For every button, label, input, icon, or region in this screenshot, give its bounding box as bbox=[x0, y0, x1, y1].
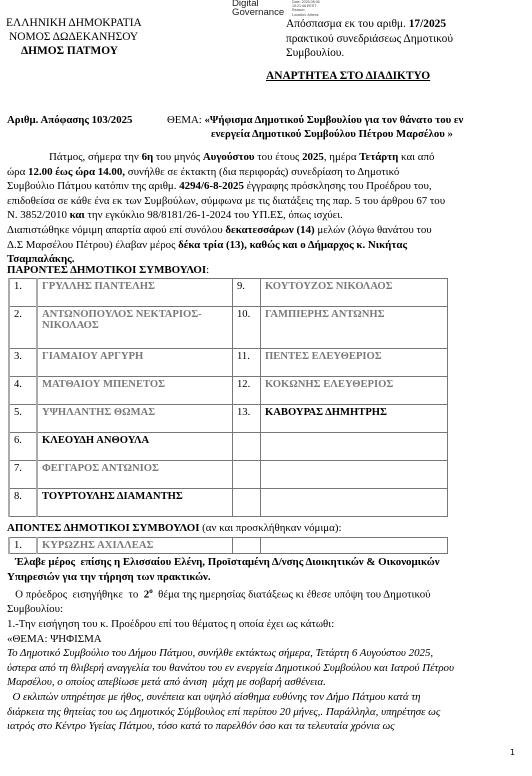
body-text: Έλαβε μέρος επίσης η Ελισσαίου Ελένη, Πρ… bbox=[7, 555, 507, 734]
councillor-name: ΚΟΥΤΟΥΖΟΣ ΝΙΚΟΛΑΟΣ bbox=[261, 279, 448, 307]
text: συνήλθε σε έκτακτη (δια περιφοράς) συνεδ… bbox=[125, 166, 399, 178]
present-title: ΠΑΡΟΝΤΕΣ ΔΗΜΟΤΙΚΟΙ ΣΥΜΒΟΥΛΟΙ: bbox=[7, 263, 507, 278]
row-number: 11. bbox=[233, 349, 261, 377]
table-row: 6.ΚΛΕΟΥΔΗ ΑΝΘΟΥΛΑ bbox=[9, 433, 448, 461]
row-number: 1. bbox=[9, 279, 37, 307]
present-councillors-table: 1.ΓΡΥΛΛΗΣ ΠΑΝΤΕΛΗΣ9.ΚΟΥΤΟΥΖΟΣ ΝΙΚΟΛΑΟΣ2.… bbox=[8, 278, 448, 517]
participation-line2: Υπηρεσιών για την τήρηση των πρακτικών. bbox=[7, 570, 507, 585]
row-number: 5. bbox=[9, 405, 37, 433]
text: Πάτμος, σήμερα την bbox=[49, 151, 142, 163]
row-number bbox=[233, 461, 261, 489]
text: Ν. 3852/2010 bbox=[7, 209, 70, 221]
minutes-number: 17/2025 bbox=[409, 18, 446, 30]
absent-note: (αν και προσκλήθηκαν νόμιμα): bbox=[199, 522, 341, 534]
row-number: 6. bbox=[9, 433, 37, 461]
intro-paragraph: Πάτμος, σήμερα την 6η του μηνός Αυγούστο… bbox=[7, 150, 507, 267]
councillor-name bbox=[261, 489, 448, 517]
text: ώρα bbox=[7, 166, 28, 178]
republic-label: ΕΛΛΗΝΙΚΗ ΔΗΜΟΚΡΑΤΙΑ bbox=[6, 16, 142, 30]
table-row: 8.ΤΟΥΡΤΟΥΛΗΣ ΔΙΑΜΑΝΤΗΣ bbox=[9, 489, 448, 517]
text: Διαπιστώθηκε νόμιμη απαρτία αφού επί συν… bbox=[7, 224, 225, 236]
councillor-name bbox=[261, 538, 448, 554]
text: του έτους bbox=[255, 151, 302, 163]
councillor-name bbox=[261, 461, 448, 489]
councillor-name: ΥΨΗΛΑΝΤΗΣ ΘΩΜΑΣ bbox=[37, 405, 233, 433]
month: Αυγούστου bbox=[203, 151, 255, 163]
row-number bbox=[233, 489, 261, 517]
resolution-line: Ο εκλιπών υπηρέτησε με ήθος, συνέπεια κα… bbox=[7, 690, 507, 705]
absent-councillors-table: 1.ΚΥΡΩΖΗΣ ΑΧΙΛΛΕΑΣ bbox=[8, 537, 448, 554]
councillor-name bbox=[261, 433, 448, 461]
issuer-header: ΕΛΛΗΝΙΚΗ ΔΗΜΟΚΡΑΤΙΑ ΝΟΜΟΣ ΔΩΔΕΚΑΝΗΣΟΥ ΔΗ… bbox=[6, 16, 142, 58]
resolution-text: Το Δημοτικό Συμβούλιο του Δήμου Πάτμου, … bbox=[7, 646, 507, 734]
time-range: 12.00 έως ώρα 14.00, bbox=[28, 166, 125, 178]
colon: : bbox=[206, 264, 209, 276]
text: θέμα της ημερησίας διατάξεως κι έθεσε υπ… bbox=[153, 589, 431, 601]
text: την εγκύκλιο 98/8181/26-1-2024 του ΥΠ.ΕΣ… bbox=[85, 209, 343, 221]
row-number: 2. bbox=[9, 307, 37, 349]
councillor-name: ΜΑΤΘΑΙΟΥ ΜΠΕΝΕΤΟΣ bbox=[37, 377, 233, 405]
item-1: 1.-Την εισήγηση του κ. Προέδρου επί του … bbox=[7, 617, 507, 632]
theme-title-line2: ενεργεία Δημοτικού Συμβούλου Πέτρου Μαρσ… bbox=[211, 127, 453, 141]
resolution-line: Μαρσέλου, ο οποίος απεβίωσε μετά από άνι… bbox=[7, 675, 507, 690]
councillor-name: ΓΑΜΠΙΕΡΗΣ ΑΝΤΩΝΗΣ bbox=[261, 307, 448, 349]
row-number: 3. bbox=[9, 349, 37, 377]
prefecture-label: ΝΟΜΟΣ ΔΩΔΕΚΑΝΗΣΟΥ bbox=[6, 30, 142, 44]
resolution-line: ιατρός στο Κέντρο Υγείας Πάτμου, τόσο κα… bbox=[7, 719, 507, 734]
councillor-name: ΚΑΒΟΥΡΑΣ ΔΗΜΗΤΡΗΣ bbox=[261, 405, 448, 433]
text: και από bbox=[398, 151, 434, 163]
absent-heading: ΑΠΟΝΤΕΣ ΔΗΜΟΤΙΚΟΙ ΣΥΜΒΟΥΛΟΙ bbox=[7, 522, 199, 534]
participation-line1: Έλαβε μέρος επίσης η Ελισσαίου Ελένη, Πρ… bbox=[7, 555, 507, 570]
row-number: 13. bbox=[233, 405, 261, 433]
table-row: 1.ΚΥΡΩΖΗΣ ΑΧΙΛΛΕΑΣ bbox=[9, 538, 448, 554]
resolution-line: ύστερα από τη θλιβερή αναγγελία του θανά… bbox=[7, 661, 507, 676]
table-row: 7.ΦΕΓΓΑΡΟΣ ΑΝΤΩΝΙΟΣ bbox=[9, 461, 448, 489]
councillor-name: ΦΕΓΓΑΡΟΣ ΑΝΤΩΝΙΟΣ bbox=[37, 461, 233, 489]
row-number: 9. bbox=[233, 279, 261, 307]
text: , ημέρα bbox=[324, 151, 359, 163]
text: Ο πρόεδρος εισηγήθηκε το bbox=[7, 589, 144, 601]
theme-title-line1: «Ψήφισμα Δημοτικού Συμβουλίου για τον θά… bbox=[205, 114, 464, 126]
councillor-name: ΚΟΚΩΝΗΣ ΕΛΕΥΘΕΡΙΟΣ bbox=[261, 377, 448, 405]
absent-title: ΑΠΟΝΤΕΣ ΔΗΜΟΤΙΚΟΙ ΣΥΜΒΟΥΛΟΙ (αν και προσ… bbox=[7, 521, 507, 536]
councillor-name: ΑΝΤΩΝΟΠΟΥΛΟΣ ΝΕΚΤΑΡΙΟΣ-ΝΙΚΟΛΑΟΣ bbox=[37, 307, 233, 349]
row-number: 12. bbox=[233, 377, 261, 405]
table-row: 2.ΑΝΤΩΝΟΠΟΥΛΟΣ ΝΕΚΤΑΡΙΟΣ-ΝΙΚΟΛΑΟΣ10.ΓΑΜΠ… bbox=[9, 307, 448, 349]
minutes-line2: πρακτικού συνεδριάσεως Δημοτικού bbox=[286, 32, 516, 47]
theme-label: ΘΕΜΑ: bbox=[167, 114, 205, 126]
minutes-line3: Συμβουλίου. bbox=[286, 46, 516, 61]
signature-meta: Date: 2025.08.06 15:21:46 EEST Reason: L… bbox=[292, 0, 320, 17]
row-number bbox=[233, 538, 261, 554]
row-number: 1. bbox=[9, 538, 37, 554]
decision-number: Αριθμ. Απόφασης 103/2025 bbox=[7, 113, 132, 127]
resolution-line: Το Δημοτικό Συμβούλιο του Δήμου Πάτμου, … bbox=[7, 646, 507, 661]
present-count: δέκα τρία (13), καθώς και ο Δήμαρχος κ. … bbox=[178, 239, 407, 251]
text: του μηνός bbox=[153, 151, 203, 163]
weekday: Τετάρτη bbox=[359, 151, 398, 163]
page-number: 1 bbox=[510, 748, 515, 757]
year: 2025 bbox=[302, 151, 324, 163]
text: Δ.Σ Μαρσέλου Πέτρου) έλαβαν μέρος bbox=[7, 239, 178, 251]
row-number bbox=[233, 433, 261, 461]
total-members-word: δεκατεσσάρων bbox=[225, 224, 293, 236]
table-row: 3.ΓΙΑΜΑΙΟΥ ΑΡΓΥΡΗ11.ΠΕΝΤΕΣ ΕΛΕΥΘΕΡΙΟΣ bbox=[9, 349, 448, 377]
councillor-name: ΤΟΥΡΤΟΥΛΗΣ ΔΙΑΜΑΝΤΗΣ bbox=[37, 489, 233, 517]
invitation-number: 4294/6-8-2025 bbox=[179, 180, 244, 192]
councillor-name: ΚΛΕΟΥΔΗ ΑΝΘΟΥΛΑ bbox=[37, 433, 233, 461]
councillor-name: ΠΕΝΤΕΣ ΕΛΕΥΘΕΡΙΟΣ bbox=[261, 349, 448, 377]
municipality-label: ΔΗΜΟΣ ΠΑΤΜΟΥ bbox=[6, 44, 142, 58]
table-row: 4.ΜΑΤΘΑΙΟΥ ΜΠΕΝΕΤΟΣ12.ΚΟΚΩΝΗΣ ΕΛΕΥΘΕΡΙΟΣ bbox=[9, 377, 448, 405]
table-row: 5.ΥΨΗΛΑΝΤΗΣ ΘΩΜΑΣ13.ΚΑΒΟΥΡΑΣ ΔΗΜΗΤΡΗΣ bbox=[9, 405, 448, 433]
present-heading: ΠΑΡΟΝΤΕΣ ΔΗΜΟΤΙΚΟΙ ΣΥΜΒΟΥΛΟΙ bbox=[7, 264, 206, 276]
post-online-notice: ΑΝΑΡΤΗΤΕΑ ΣΤΟ ΔΙΑΔΙΚΤΥΟ bbox=[266, 70, 430, 82]
row-number: 8. bbox=[9, 489, 37, 517]
table-row: 1.ΓΡΥΛΛΗΣ ΠΑΝΤΕΛΗΣ9.ΚΟΥΤΟΥΖΟΣ ΝΙΚΟΛΑΟΣ bbox=[9, 279, 448, 307]
row-number: 4. bbox=[9, 377, 37, 405]
day: 6η bbox=[142, 151, 154, 163]
text: Συμβούλιο Πάτμου κατόπιν της αριθμ. bbox=[7, 180, 179, 192]
extract-prefix: Απόσπασμα εκ του αριθμ. bbox=[286, 18, 409, 30]
row-number: 10. bbox=[233, 307, 261, 349]
councillor-name: ΓΡΥΛΛΗΣ ΠΑΝΤΕΛΗΣ bbox=[37, 279, 233, 307]
councillor-name: ΓΙΑΜΑΙΟΥ ΑΡΓΥΡΗ bbox=[37, 349, 233, 377]
minutes-reference: Απόσπασμα εκ του αριθμ. 17/2025 πρακτικο… bbox=[286, 17, 516, 61]
total-members-count: (14) bbox=[297, 224, 315, 236]
text: μελών (λόγω θανάτου του bbox=[315, 224, 432, 236]
text: Συμβουλίου: bbox=[7, 602, 507, 617]
text: έγγραφης πρόσκλησης του Προέδρου του, bbox=[244, 180, 432, 192]
text: επιδοθείσα σε κάθε ένα εκ των Συμβούλων,… bbox=[7, 194, 507, 209]
resolution-line: διάρκεια της θητείας του ως Δημοτικός Σύ… bbox=[7, 705, 507, 720]
signature-line2: Governance bbox=[232, 8, 284, 17]
councillor-name: ΚΥΡΩΖΗΣ ΑΧΙΛΛΕΑΣ bbox=[37, 538, 233, 554]
resolution-theme: «ΘΕΜΑ: ΨΗΦΙΣΜΑ bbox=[7, 632, 507, 647]
row-number: 7. bbox=[9, 461, 37, 489]
text: και bbox=[70, 209, 85, 221]
